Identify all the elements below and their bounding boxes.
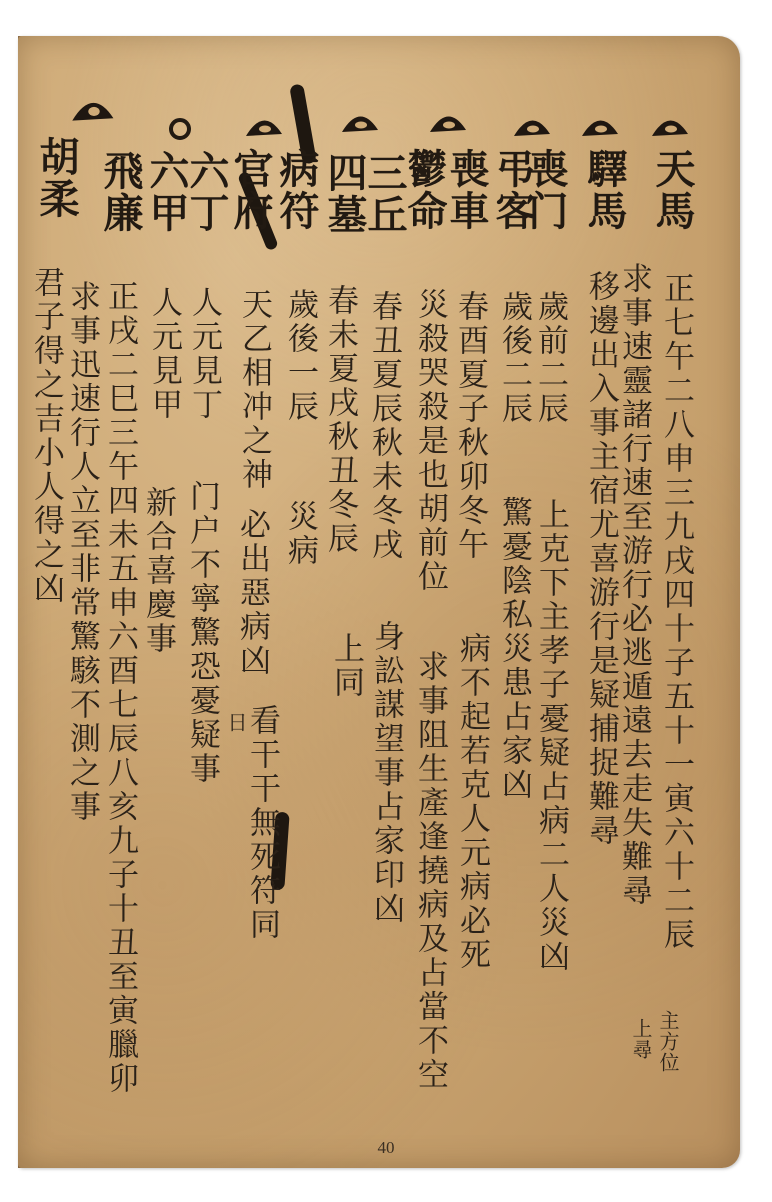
entry-heading-hurou: 胡柔 (36, 136, 76, 220)
entry-text: 上克下主孝子憂疑占病二人災凶 (535, 498, 566, 974)
entry-heading-liuding: 六丁 (186, 150, 226, 234)
entry-text: 身訟謀望事占家印凶 (370, 620, 401, 926)
entry-text: 移邊出入事主宿尤喜游行是疑捕捉難尋 (585, 270, 616, 848)
entry-heading-feilian: 飛廉 (100, 150, 140, 234)
entry-text: 正七午二八申三九戌四十子五十一寅六十二辰 (660, 272, 691, 952)
page-number: 40 (0, 1138, 772, 1158)
entry-text: 人元見丁 (188, 286, 219, 422)
entry-note: 主方位 (654, 1010, 683, 1073)
entry-text: 门户不寧驚恐憂疑事 (186, 480, 217, 786)
entry-text: 人元見甲 (148, 286, 179, 422)
entry-text: 歲後一辰 (284, 288, 315, 424)
entry-text: 正戌二巳三午四未五申六酉七辰八亥九子十丑至寅臘卯 (104, 280, 135, 1096)
entry-text: 求事速靈諸行速至游行必逃遁遠去走失難尋 (618, 262, 649, 908)
entry-text: 歲後二辰 (498, 290, 529, 426)
entry-heading-yima: 驛馬 (584, 148, 624, 232)
entry-heading-sangche: 喪車 (446, 148, 486, 232)
circle-mark-icon (169, 118, 191, 140)
entry-text: 天乙相冲之神 (238, 288, 269, 492)
entry-heading-bingfu: 病符 (276, 148, 316, 232)
entry-text: 歲前二辰 (534, 290, 565, 426)
entry-text: 災殺哭殺是也胡前位 (414, 288, 445, 594)
triangle-mark-icon (340, 108, 382, 134)
entry-heading-sanqiu: 三丘 (364, 152, 404, 236)
entry-heading-diaoke: 弔客 (492, 148, 532, 232)
triangle-mark-icon (512, 112, 554, 138)
entry-note: 日 (222, 712, 251, 733)
entry-text: 春未夏戌秋丑冬辰 (324, 284, 355, 556)
entry-heading-simu: 四墓 (324, 152, 364, 236)
entry-text: 必出惡病凶 (236, 508, 267, 678)
entry-heading-yuming: 鬱命 (404, 148, 444, 232)
entry-text: 求事阻生產逢撓病及占當不空 (414, 650, 445, 1092)
triangle-mark-icon (428, 108, 470, 134)
triangle-mark-icon (70, 92, 118, 124)
triangle-mark-icon (650, 112, 692, 138)
entry-text: 驚憂陰私災患占家凶 (498, 496, 529, 802)
entry-text: 新合喜慶事 (142, 486, 173, 656)
triangle-mark-icon (580, 112, 622, 138)
entry-heading-liujia: 六甲 (146, 150, 186, 234)
entry-text: 春丑夏辰秋未冬戌 (368, 290, 399, 562)
entry-heading-guanfu: 官府 (230, 148, 270, 232)
entry-heading-tianma: 天馬 (652, 148, 692, 232)
entry-text: 上同 (330, 632, 361, 700)
entry-note: 上尋 (627, 1018, 656, 1060)
triangle-mark-icon (244, 112, 286, 138)
entry-text: 看干干無死符同 (246, 704, 277, 942)
entry-text: 君子得之吉小人得之凶 (30, 266, 61, 606)
entry-text: 病不起若克人元病必死 (456, 632, 487, 972)
entry-text: 春酉夏子秋卯冬午 (454, 290, 485, 562)
entry-text: 求事迅速行人立至非常驚駭不測之事 (66, 280, 97, 824)
entry-text: 災病 (284, 500, 315, 568)
